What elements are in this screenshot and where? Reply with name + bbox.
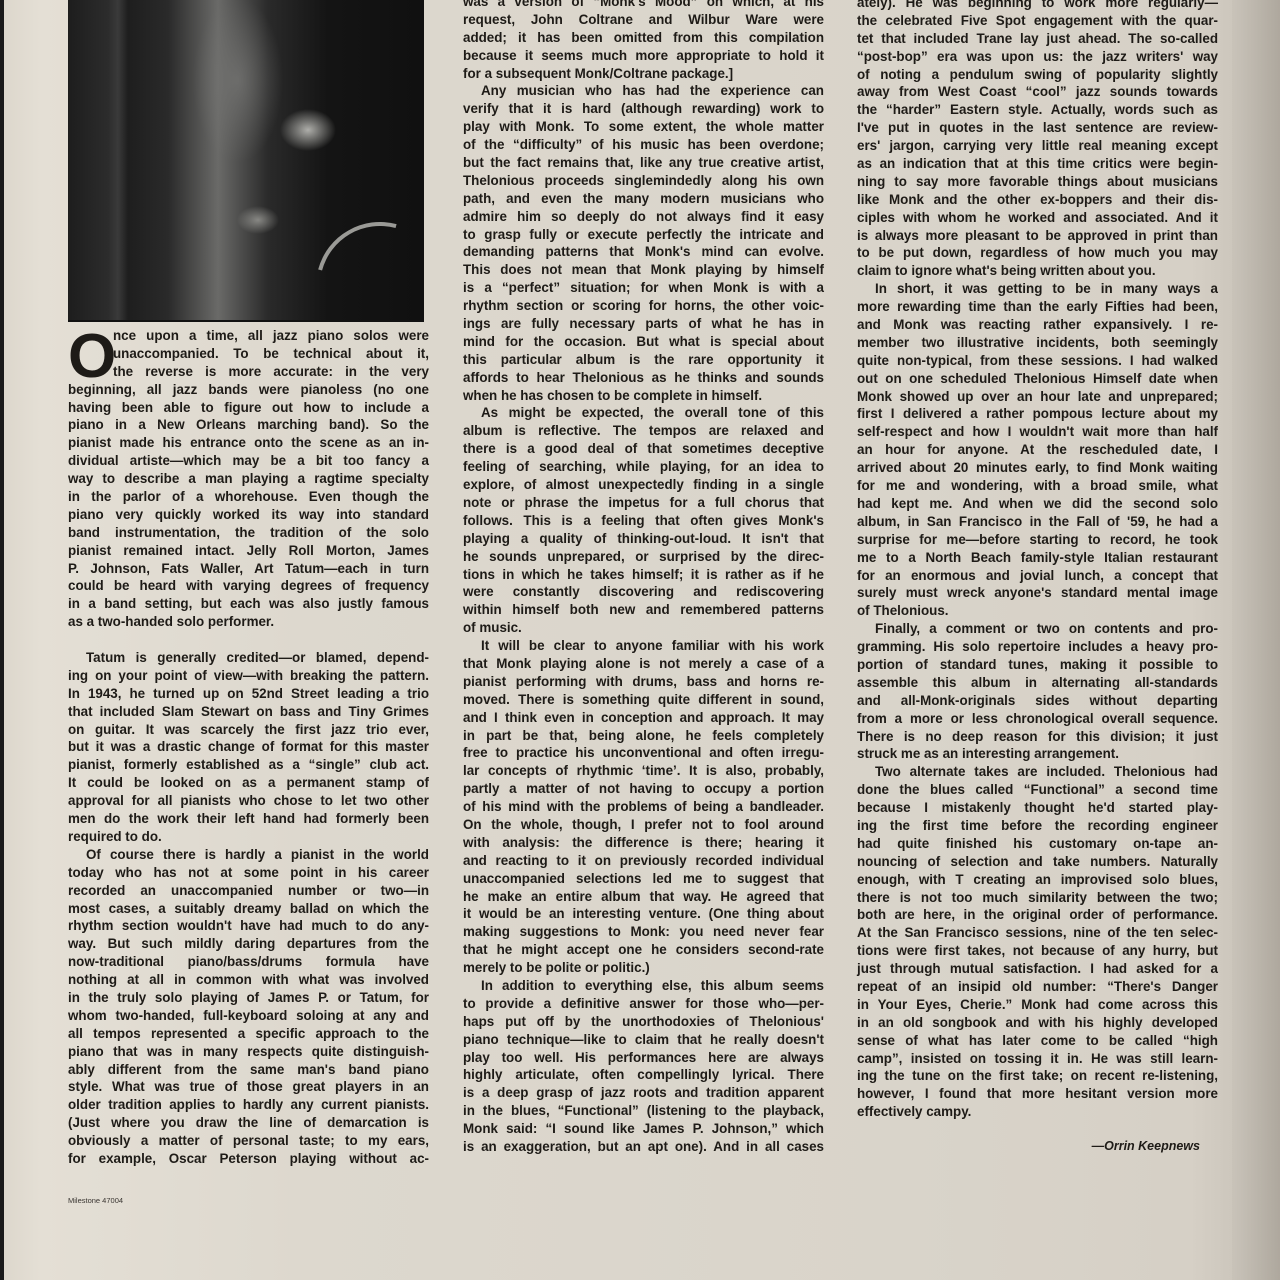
text-line: pianist made his entrance onto the scene… — [68, 434, 429, 452]
text-line: ing the tune on the first take; on recen… — [857, 1067, 1218, 1085]
text-line: there is not too much similarity between… — [857, 889, 1218, 907]
text-line: tions in which he takes himself; it is r… — [463, 566, 824, 584]
text-line: ing on your point of view—with breaking … — [68, 667, 429, 685]
text-line: pianist performing with drums, bass and … — [463, 673, 824, 691]
text-line: dividual artiste—which may be a bit too … — [68, 452, 429, 470]
text-line: unaccompanied. To be technical about it, — [68, 345, 429, 363]
text-line: tet that included Trane lay just ahead. … — [857, 30, 1218, 48]
text-line: that included Slam Stewart on bass and T… — [68, 703, 429, 721]
text-line: older tradition applies to hardly any cu… — [68, 1096, 429, 1114]
text-line: Two alternate takes are included. Thelon… — [857, 763, 1218, 781]
text-line: nce upon a time, all jazz piano solos we… — [68, 327, 429, 345]
text-line: enough, with T creating an improvised so… — [857, 871, 1218, 889]
text-line: effectively campy. — [857, 1103, 1218, 1121]
text-line: in the blues, “Functional” (listening to… — [463, 1102, 824, 1120]
text-line: with analysis: the difference is there; … — [463, 834, 824, 852]
text-line: in a band setting, but each was also jus… — [68, 595, 429, 613]
text-line: highly articulate, often compellingly ly… — [463, 1066, 824, 1084]
text-line: the “harder” Eastern style. Actually, wo… — [857, 101, 1218, 119]
text-line: and reacting to it on previously recorde… — [463, 852, 824, 870]
author-signature: —Orrin Keepnews — [1040, 1139, 1200, 1153]
text-line: In short, it was getting to be in many w… — [857, 280, 1218, 298]
text-line: whom two-handed, full-keyboard soloing a… — [68, 1007, 429, 1025]
text-line: and Monk was reacting rather expansively… — [857, 316, 1218, 334]
text-line: tions were first takes, not because of a… — [857, 942, 1218, 960]
text-line: In addition to everything else, this alb… — [463, 977, 824, 995]
text-line: assemble this album in alternating all-s… — [857, 674, 1218, 692]
text-line: this particular album is the rare opport… — [463, 351, 824, 369]
text-line: piano technique—like to claim that he re… — [463, 1031, 824, 1049]
text-line: portion of standard tunes, making it pos… — [857, 656, 1218, 674]
text-line: I've put in quotes in the last sentence … — [857, 119, 1218, 137]
text-line: pianist, formerly established as a “sing… — [68, 756, 429, 774]
text-line: beginning, all jazz bands were pianoless… — [68, 381, 429, 399]
text-line: is an exaggeration, but an apt one). And… — [463, 1138, 824, 1156]
text-line: verify that it is hard (although rewardi… — [463, 100, 824, 118]
text-line: claim to ignore what's being written abo… — [857, 262, 1218, 280]
cover-right-margin — [1232, 0, 1280, 1280]
text-line: play with Monk. To some extent, the whol… — [463, 118, 824, 136]
text-line: of Thelonious. — [857, 602, 1218, 620]
text-line: Any musician who has had the experience … — [463, 82, 824, 100]
text-line: surprise for me—before starting to recor… — [857, 531, 1218, 549]
text-line: ately). He was beginning to work more re… — [857, 0, 1218, 12]
text-line: most cases, a suitably dreamy ballad on … — [68, 900, 429, 918]
text-line: nouncing of selection and take numbers. … — [857, 853, 1218, 871]
text-line: there is a good deal of that sometimes d… — [463, 440, 824, 458]
text-line: obviously a matter of personal taste; to… — [68, 1132, 429, 1150]
text-line: men do the work their left hand had form… — [68, 810, 429, 828]
text-line: play too well. His performances here are… — [463, 1049, 824, 1067]
text-line: of noting a pendulum swing of popularity… — [857, 66, 1218, 84]
text-line: camp”, insisted on tossing it in. He was… — [857, 1050, 1218, 1068]
text-line: Tatum is generally credited—or blamed, d… — [68, 649, 429, 667]
text-line: done the blues called “Functional” a sec… — [857, 781, 1218, 799]
text-line: from a more or less chronological overal… — [857, 710, 1218, 728]
text-line: admire him so deeply do not always find … — [463, 208, 824, 226]
text-line: to grasp fully or execute perfectly the … — [463, 226, 824, 244]
text-line: for a subsequent Monk/Coltrane package.] — [463, 65, 824, 83]
text-line: ning to say more favorable things about … — [857, 173, 1218, 191]
text-line: in an old songbook and with his highly d… — [857, 1014, 1218, 1032]
text-line: Thelonious proceeds singlemindedly along… — [463, 172, 824, 190]
text-column-3: ately). He was beginning to work more re… — [857, 0, 1218, 1121]
text-line: that Monk playing alone is not merely a … — [463, 655, 824, 673]
catalog-number: Milestone 47004 — [68, 1196, 123, 1205]
text-line: free to practice his unconventional and … — [463, 744, 824, 762]
text-line: could be heard with varying degrees of f… — [68, 577, 429, 595]
text-line: On the whole, though, I prefer not to fo… — [463, 816, 824, 834]
text-line: arrived about 20 minutes early, to find … — [857, 459, 1218, 477]
text-line: Of course there is hardly a pianist in t… — [68, 846, 429, 864]
text-line: path, and even the many modern musicians… — [463, 190, 824, 208]
text-line: in the parlor of a whorehouse. Even thou… — [68, 488, 429, 506]
text-line: ciples with whom he worked and associate… — [857, 209, 1218, 227]
text-line: today who has not at some point in his c… — [68, 864, 429, 882]
text-line: making suggestions to Monk: you need nev… — [463, 923, 824, 941]
text-line: unaccompanied selections led me to sugge… — [463, 870, 824, 888]
text-line: gramming. His solo repertoire includes a… — [857, 638, 1218, 656]
text-line: moved. There is something quite differen… — [463, 691, 824, 709]
text-line: request, John Coltrane and Wilbur Ware w… — [463, 11, 824, 29]
text-line: of the “difficulty” of his music has bee… — [463, 136, 824, 154]
text-line: as a two-handed solo performer. — [68, 613, 429, 631]
text-line: ers' jargon, carrying very little real m… — [857, 137, 1218, 155]
text-line: P. Johnson, Fats Waller, Art Tatum—each … — [68, 560, 429, 578]
text-line: both are here, in the original order of … — [857, 906, 1218, 924]
text-line: Monk said: “I sound like James P. Johnso… — [463, 1120, 824, 1138]
text-line: At the San Francisco sessions, nine of t… — [857, 924, 1218, 942]
text-line: rhythm section or scoring for horns, the… — [463, 297, 824, 315]
text-line: (Just where you draw the line of demarca… — [68, 1114, 429, 1132]
text-line: Monk showed up over an hour late and unp… — [857, 388, 1218, 406]
text-line: As might be expected, the overall tone o… — [463, 404, 824, 422]
text-line: now-traditional piano/bass/drums formula… — [68, 953, 429, 971]
text-line: In 1943, he turned up on 52nd Street lea… — [68, 685, 429, 703]
text-line: was a version of “Monk's Mood” on which,… — [463, 0, 824, 11]
text-line: however, I found that more hesitant vers… — [857, 1085, 1218, 1103]
text-line: required to do. — [68, 828, 429, 846]
text-line: just through mutual satisfaction. I had … — [857, 960, 1218, 978]
text-line: had quite finished his customary on-tape… — [857, 835, 1218, 853]
text-line: an hour for anyone. At the rescheduled d… — [857, 441, 1218, 459]
text-line: in part be that, being alone, he feels c… — [463, 727, 824, 745]
text-line: when he has chosen to be complete in him… — [463, 387, 824, 405]
text-line: band instrumentation, the tradition of t… — [68, 524, 429, 542]
text-line: for me and wondering, with a broad smile… — [857, 477, 1218, 495]
text-line: for example, Oscar Peterson playing with… — [68, 1150, 429, 1168]
text-line: the reverse is more accurate: in the ver… — [68, 363, 429, 381]
text-line: that he might accept one he considers se… — [463, 941, 824, 959]
text-line: first I delivered a rather pompous lectu… — [857, 405, 1218, 423]
text-line: like Monk and the other ex-boppers and t… — [857, 191, 1218, 209]
text-line: for an enormous and jovial lunch, a conc… — [857, 567, 1218, 585]
liner-notes-page: O nce upon a time, all jazz piano solos … — [0, 0, 1280, 1280]
text-line: piano that was in many respects quite di… — [68, 1043, 429, 1061]
text-line: mind for the occasion. But what is speci… — [463, 333, 824, 351]
text-line: piano in a New Orleans marching band). S… — [68, 416, 429, 434]
text-line: of his mind with the problems of being a… — [463, 798, 824, 816]
text-line: more rewarding time than the early Fifti… — [857, 298, 1218, 316]
text-line: playing a quality of thinking-out-loud. … — [463, 530, 824, 548]
text-line: “post-bop” era was upon us: the jazz wri… — [857, 48, 1218, 66]
text-line: It could be looked on as a permanent sta… — [68, 774, 429, 792]
text-line: way. But such mildly daring departures f… — [68, 935, 429, 953]
text-line: is always more pleasant to be approved i… — [857, 227, 1218, 245]
text-line: partly a matter of not having to occupy … — [463, 780, 824, 798]
text-line: rhythm section wouldn't have had much to… — [68, 917, 429, 935]
text-line: in the truly solo playing of James P. or… — [68, 989, 429, 1007]
text-line: lar concepts of rhythmic ‘time’. It is a… — [463, 762, 824, 780]
text-line: demanding patterns that Monk's mind can … — [463, 243, 824, 261]
text-line: self-respect and how I wouldn't wait mor… — [857, 423, 1218, 441]
text-line: piano very quickly worked its way into s… — [68, 506, 429, 524]
text-line: ing the first time before the recording … — [857, 817, 1218, 835]
text-line: There is no deep reason for this divisio… — [857, 728, 1218, 746]
text-line: nothing at all in common with what was i… — [68, 971, 429, 989]
text-line: album is reflective. The tempos are rela… — [463, 422, 824, 440]
text-line: to provide a definitive answer for those… — [463, 995, 824, 1013]
text-line: is a “perfect” situation; for when Monk … — [463, 279, 824, 297]
text-line: having been able to figure out how to in… — [68, 399, 429, 417]
text-line: me to a North Beach family-style Italian… — [857, 549, 1218, 567]
monk-profile-photo — [68, 0, 424, 322]
text-line: to be put down, regardless of how much y… — [857, 244, 1218, 262]
text-line: style. What was true of those great play… — [68, 1078, 429, 1096]
text-line: haps put off by the unorthodoxies of The… — [463, 1013, 824, 1031]
text-line: sense of what has later come to be calle… — [857, 1032, 1218, 1050]
text-line: of music. — [463, 619, 824, 637]
text-column-2: was a version of “Monk's Mood” on which,… — [463, 0, 824, 1156]
text-line: affords to hear Thelonious as he thinks … — [463, 369, 824, 387]
cover-edge — [0, 0, 4, 1280]
text-line: feeling of searching, while playing, for… — [463, 458, 824, 476]
text-line: repeat of an insipid old number: “There'… — [857, 978, 1218, 996]
text-line: but the fact remains that, like any true… — [463, 154, 824, 172]
text-line: merely to be polite or politic.) — [463, 959, 824, 977]
text-line: follows. This is a feeling that often gi… — [463, 512, 824, 530]
text-line: because I mistakenly thought he'd starte… — [857, 799, 1218, 817]
text-line: ings are fully necessary parts of what h… — [463, 315, 824, 333]
text-line: explore, of almost unexpectedly finding … — [463, 476, 824, 494]
text-line: away from West Coast “cool” jazz sounds … — [857, 83, 1218, 101]
text-line: member two illustrative incidents, both … — [857, 334, 1218, 352]
text-line: note or phrase the impetus for a full ch… — [463, 494, 824, 512]
text-line: struck me as an interesting arrangement. — [857, 745, 1218, 763]
text-line: he make an entire album that way. He agr… — [463, 888, 824, 906]
text-line: album, in San Francisco in the Fall of '… — [857, 513, 1218, 531]
text-line: out on one scheduled Thelonious Himself … — [857, 370, 1218, 388]
text-line: the celebrated Five Spot engagement with… — [857, 12, 1218, 30]
text-line: surely must wreck anyone's standard ment… — [857, 584, 1218, 602]
text-line: Finally, a comment or two on contents an… — [857, 620, 1218, 638]
text-line: on guitar. It was scarcely the first jaz… — [68, 721, 429, 739]
text-line: he sounds unprepared, or surprised by th… — [463, 548, 824, 566]
text-line: It will be clear to anyone familiar with… — [463, 637, 824, 655]
text-line: had kept me. And when we did the second … — [857, 495, 1218, 513]
text-line: were constantly discovering and rediscov… — [463, 583, 824, 601]
text-line: and I think even in conception and appro… — [463, 709, 824, 727]
text-line: it would be an interesting venture. (One… — [463, 905, 824, 923]
text-line: within himself both new and remembered p… — [463, 601, 824, 619]
text-line: all tempos represented a specific approa… — [68, 1025, 429, 1043]
text-line: quite non-typical, from these sessions. … — [857, 352, 1218, 370]
text-line: pianist remained intact. Jelly Roll Mort… — [68, 542, 429, 560]
text-line: way to describe a man playing a ragtime … — [68, 470, 429, 488]
text-line: and all-Monk-originals sides without dep… — [857, 692, 1218, 710]
text-line: in Your Eyes, Cherie.” Monk had come acr… — [857, 996, 1218, 1014]
text-line: but it was a drastic change of format fo… — [68, 738, 429, 756]
text-line: is a deep grasp of jazz roots and tradit… — [463, 1084, 824, 1102]
text-line: ably different from the same man's band … — [68, 1061, 429, 1079]
text-line: added; it has been omitted from this com… — [463, 29, 824, 47]
text-line: recorded an unaccompanied number or two—… — [68, 882, 429, 900]
paragraph-gap — [68, 631, 429, 649]
text-column-1: nce upon a time, all jazz piano solos we… — [68, 327, 429, 1168]
text-line: This does not mean that Monk playing by … — [463, 261, 824, 279]
text-line: as an indication that at this time criti… — [857, 155, 1218, 173]
text-line: approval for all pianists who chose to l… — [68, 792, 429, 810]
text-line: because it seems much more appropriate t… — [463, 47, 824, 65]
